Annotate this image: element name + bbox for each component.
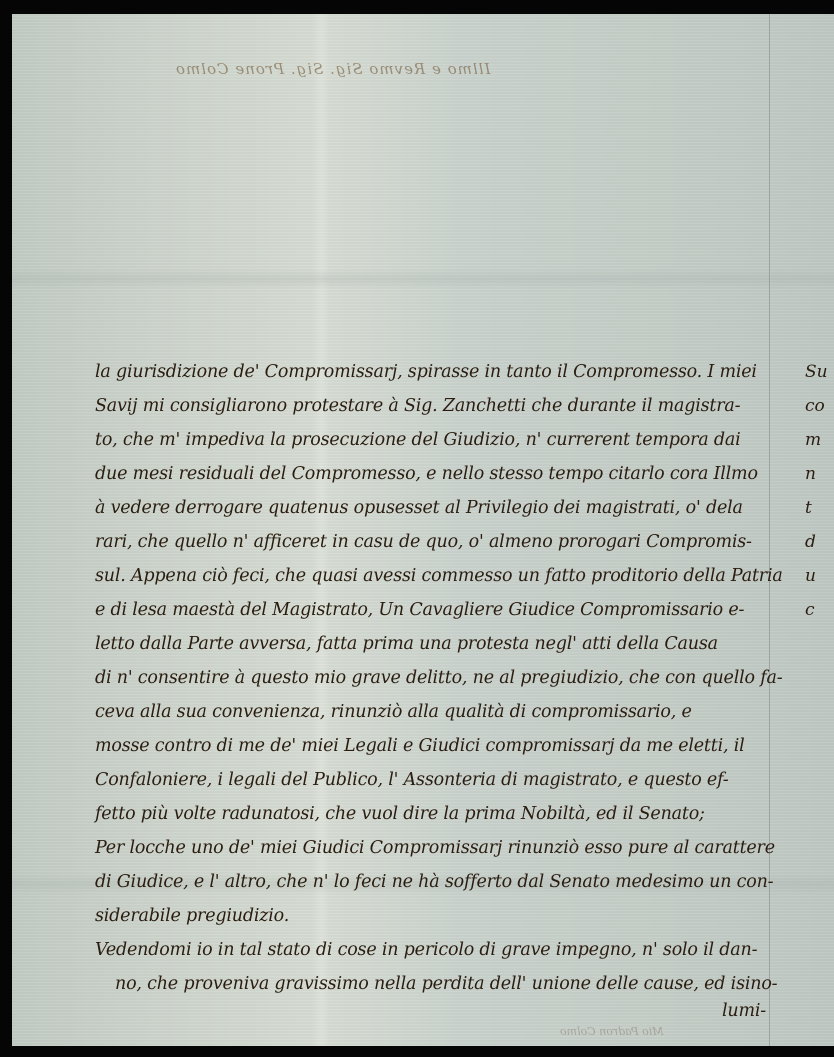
text-line: la giurisdizione de' Compromissarj, spir… xyxy=(95,355,770,389)
text-fragment: Su xyxy=(805,355,834,389)
catchword: lumi- xyxy=(95,1001,770,1021)
text-line: Savij mi consigliarono protestare à Sig.… xyxy=(95,389,770,423)
handwritten-text-block: la giurisdizione de' Compromissarj, spir… xyxy=(95,355,770,1021)
text-line: due mesi residuali del Compromesso, e ne… xyxy=(95,457,770,491)
text-line: ceva alla sua convenienza, rinunziò alla… xyxy=(95,695,770,729)
text-line: di Giudice, e l' altro, che n' lo feci n… xyxy=(95,865,770,899)
horizontal-fold xyxy=(12,269,834,289)
text-fragment: n xyxy=(805,457,834,491)
text-line: Confaloniere, i legali del Publico, l' A… xyxy=(95,763,770,797)
text-line: à vedere derrogare quatenus opusesset al… xyxy=(95,491,770,525)
text-line: di n' consentire à questo mio grave deli… xyxy=(95,661,770,695)
text-line: letto dalla Parte avversa, fatta prima u… xyxy=(95,627,770,661)
text-line: fetto più volte radunatosi, che vuol dir… xyxy=(95,797,770,831)
bleed-through-address: Illmo e Revmo Sig. Sig. Prone Colmo xyxy=(175,60,490,78)
text-fragment: t xyxy=(805,491,834,525)
text-line: sul. Appena ciò feci, che quasi avessi c… xyxy=(95,559,770,593)
text-line: to, che m' impediva la prosecuzione del … xyxy=(95,423,770,457)
text-line: mosse contro di me de' miei Legali e Giu… xyxy=(95,729,770,763)
text-fragment: u xyxy=(805,559,834,593)
text-fragment: d xyxy=(805,525,834,559)
facing-page-fragments: Su co m n t d u c xyxy=(805,355,834,627)
bleed-through-bottom: Mio Padron Colmo xyxy=(560,1025,663,1038)
text-line: Per locche uno de' miei Giudici Compromi… xyxy=(95,831,770,865)
text-line: Vedendomi io in tal stato di cose in per… xyxy=(95,933,770,967)
text-fragment: co xyxy=(805,389,834,423)
text-line: rari, che quello n' afficeret in casu de… xyxy=(95,525,770,559)
text-line: siderabile pregiudizio. xyxy=(95,899,770,933)
text-line: no, che proveniva gravissimo nella perdi… xyxy=(95,967,770,1001)
text-fragment: c xyxy=(805,593,834,627)
text-fragment: m xyxy=(805,423,834,457)
text-line: e di lesa maestà del Magistrato, Un Cava… xyxy=(95,593,770,627)
